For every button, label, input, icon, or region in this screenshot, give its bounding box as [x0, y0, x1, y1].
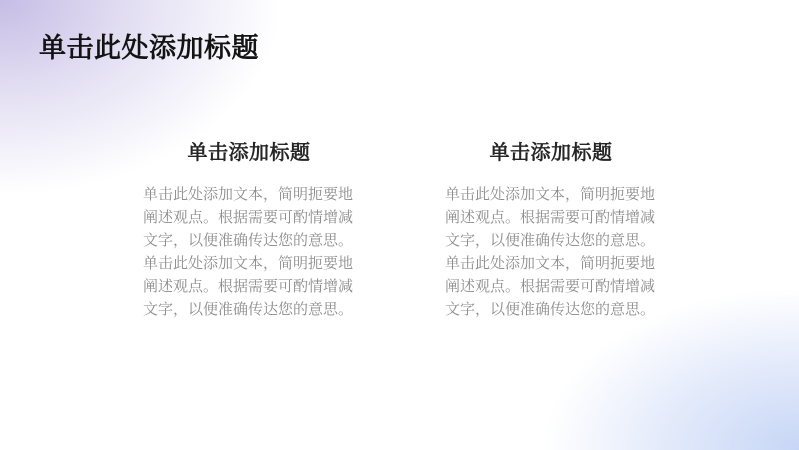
slide-title-placeholder[interactable]: 单击此处添加标题: [39, 30, 259, 66]
column-left-heading-placeholder[interactable]: 单击添加标题: [143, 139, 355, 167]
content-column-right: 单击添加标题 单击此处添加文本，简明扼要地阐述观点。根据需要可酌情增减文字，以便…: [445, 139, 657, 321]
column-right-body-placeholder[interactable]: 单击此处添加文本，简明扼要地阐述观点。根据需要可酌情增减文字，以便准确传达您的意…: [445, 183, 657, 321]
slide-canvas: { "slide": { "title": "单击此处添加标题", "colum…: [0, 0, 799, 450]
column-right-heading-placeholder[interactable]: 单击添加标题: [445, 139, 657, 167]
content-column-left: 单击添加标题 单击此处添加文本，简明扼要地阐述观点。根据需要可酌情增减文字，以便…: [143, 139, 355, 321]
column-left-body-placeholder[interactable]: 单击此处添加文本，简明扼要地阐述观点。根据需要可酌情增减文字，以便准确传达您的意…: [143, 183, 355, 321]
